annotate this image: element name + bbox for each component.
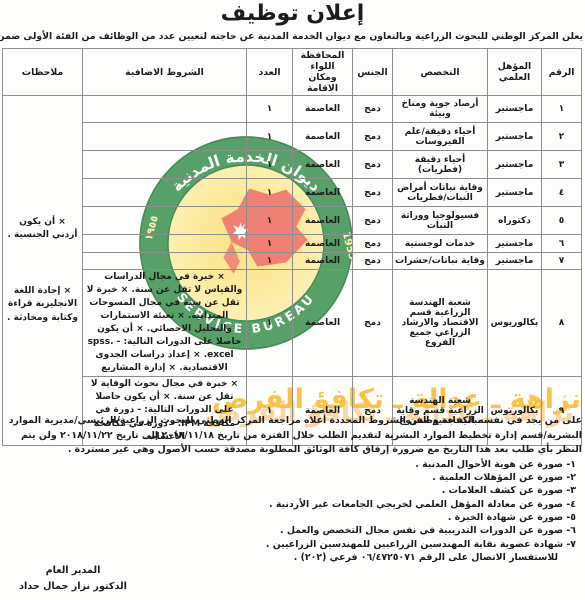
cell-gender: دمج — [353, 270, 393, 377]
signature-role: المدير العام — [14, 563, 132, 578]
cell-count: ١ — [247, 96, 293, 123]
table-row: ٦ ماجستير خدمات لوجستية دمج العاصمة ١ — [3, 235, 582, 253]
cell-qualification: ماجستير — [488, 253, 542, 270]
required-document: ٥- صورة عن شهادة الخبرة . — [3, 511, 576, 524]
cell-governorate: العاصمة — [293, 151, 353, 179]
col-header-conditions: الشروط الاضافية — [83, 49, 247, 96]
table-row: ٤ ماجستير وقاية نباتات أمراض النبات/فطري… — [3, 179, 582, 207]
signature-name: الدكتور نزار جمال حداد — [14, 579, 132, 594]
cell-number: ٤ — [542, 179, 582, 207]
cell-specialization: فسيولوجيا ووراثة النبات — [393, 207, 488, 235]
cell-specialization: وقاية نباتات أمراض النبات/فطريات — [393, 179, 488, 207]
cell-governorate: العاصمة — [293, 96, 353, 123]
cell-gender: دمج — [353, 151, 393, 179]
table-header-row: الرقم المؤهل العلمي التخصص الجنس المحافظ… — [3, 49, 582, 96]
cell-qualification: ماجستير — [488, 96, 542, 123]
cell-gender: دمج — [353, 253, 393, 270]
cell-gender: دمج — [353, 235, 393, 253]
required-document: ٤- صورة عن معادلة المؤهل العلمي لخريجي ا… — [3, 498, 576, 511]
instructions-paragraph: على من يجد في نفسه الكفاءة وضمن الشروط ا… — [3, 414, 582, 458]
col-header-number: الرقم — [542, 49, 582, 96]
cell-number: ٥ — [542, 207, 582, 235]
table-row: ٢ ماجستير أحياء دقيقة/علم الفيروسات دمج … — [3, 123, 582, 151]
cell-number: ٨ — [542, 270, 582, 377]
cell-count: ١ — [247, 270, 293, 377]
cell-number: ١ — [542, 96, 582, 123]
cell-conditions — [83, 123, 247, 151]
note-item: × إجادة اللغة الانجليزية قراءة وكتابة وم… — [7, 285, 78, 326]
cell-governorate: العاصمة — [293, 253, 353, 270]
cell-qualification: بكالوريوس — [488, 270, 542, 377]
cell-specialization: وقاية نباتات/حشرات — [393, 253, 488, 270]
cell-count: ١ — [247, 151, 293, 179]
col-header-governorate: المحافظة اللواء ومكان الاقامة — [293, 49, 353, 96]
notes-merged-cell: × أن يكون أردني الجنسية . × إجادة اللغة … — [3, 96, 83, 446]
cell-qualification: ماجستير — [488, 123, 542, 151]
cell-number: ٦ — [542, 235, 582, 253]
signature-block: المدير العام الدكتور نزار جمال حداد — [14, 563, 132, 594]
col-header-notes: ملاحظات — [3, 49, 83, 96]
cell-specialization: أرصاد جوية ومناخ وبيئة — [393, 96, 488, 123]
cell-gender: دمج — [353, 179, 393, 207]
required-document: ٦- صورة عن الدورات التدريبية في نفس مجال… — [3, 524, 576, 537]
col-header-gender: الجنس — [353, 49, 393, 96]
cell-gender: دمج — [353, 123, 393, 151]
cell-qualification: ماجستير — [488, 151, 542, 179]
required-document: ٣- صورة عن كشف العلامات . — [3, 484, 576, 497]
col-header-count: العدد — [247, 49, 293, 96]
cell-number: ٣ — [542, 151, 582, 179]
cell-qualification: دكتوراه — [488, 207, 542, 235]
cell-conditions — [83, 207, 247, 235]
cell-governorate: العاصمة — [293, 123, 353, 151]
cell-conditions — [83, 253, 247, 270]
announcement-subtitle: يعلن المركز الوطني للبحوث الزراعية وبالت… — [2, 31, 583, 42]
cell-conditions — [83, 179, 247, 207]
cell-gender: دمج — [353, 207, 393, 235]
col-header-qualification: المؤهل العلمي — [488, 49, 542, 96]
cell-gender: دمج — [353, 96, 393, 123]
cell-conditions — [83, 235, 247, 253]
cell-count: ١ — [247, 253, 293, 270]
table-row: ٧ ماجستير وقاية نباتات/حشرات دمج العاصمة… — [3, 253, 582, 270]
cell-number: ٧ — [542, 253, 582, 270]
cell-specialization: أحياء دقيقة/علم الفيروسات — [393, 123, 488, 151]
cell-count: ١ — [247, 179, 293, 207]
vacancies-table: الرقم المؤهل العلمي التخصص الجنس المحافظ… — [2, 48, 582, 446]
table-row: ١ ماجستير أرصاد جوية ومناخ وبيئة دمج الع… — [3, 96, 582, 123]
cell-count: ١ — [247, 235, 293, 253]
cell-governorate: العاصمة — [293, 207, 353, 235]
cell-governorate: العاصمة — [293, 235, 353, 253]
table-row: ٥ دكتوراه فسيولوجيا ووراثة النبات دمج ال… — [3, 207, 582, 235]
cell-count: ١ — [247, 207, 293, 235]
required-document: ٢- صورة عن المؤهلات العلمية . — [3, 471, 576, 484]
cell-qualification: ماجستير — [488, 235, 542, 253]
table-row: ٣ ماجستير أحياء دقيقة (فطريات) دمج العاص… — [3, 151, 582, 179]
note-item: × أن يكون أردني الجنسية . — [7, 216, 78, 243]
cell-number: ٢ — [542, 123, 582, 151]
table-row: ٨ بكالوريوس شعبة الهندسة الزراعية قسم ال… — [3, 270, 582, 377]
required-document: ٧- شهادة عضوية نقابة المهندسين الزراعيين… — [3, 538, 576, 551]
cell-governorate: العاصمة — [293, 179, 353, 207]
cell-conditions — [83, 96, 247, 123]
cell-conditions — [83, 151, 247, 179]
col-header-specialization: التخصص — [393, 49, 488, 96]
job-announcement-document: ديوان الخدمة المدنية SERVICE BUREAU ١٩٥٥… — [0, 0, 585, 600]
cell-specialization: خدمات لوجستية — [393, 235, 488, 253]
cell-specialization: شعبة الهندسة الزراعية قسم الاقتصاد والار… — [393, 270, 488, 377]
cell-count: ١ — [247, 123, 293, 151]
cell-conditions: × خبرة في مجال الدراسات والقياس لا تقل ع… — [83, 270, 247, 377]
application-instructions: على من يجد في نفسه الكفاءة وضمن الشروط ا… — [3, 414, 582, 564]
cell-specialization: أحياء دقيقة (فطريات) — [393, 151, 488, 179]
page-title: إعلان توظيف — [0, 1, 585, 26]
cell-qualification: ماجستير — [488, 179, 542, 207]
cell-governorate: العاصمة — [293, 270, 353, 377]
required-document: ١- صورة عن هوية الأحوال المدنية . — [3, 458, 576, 471]
